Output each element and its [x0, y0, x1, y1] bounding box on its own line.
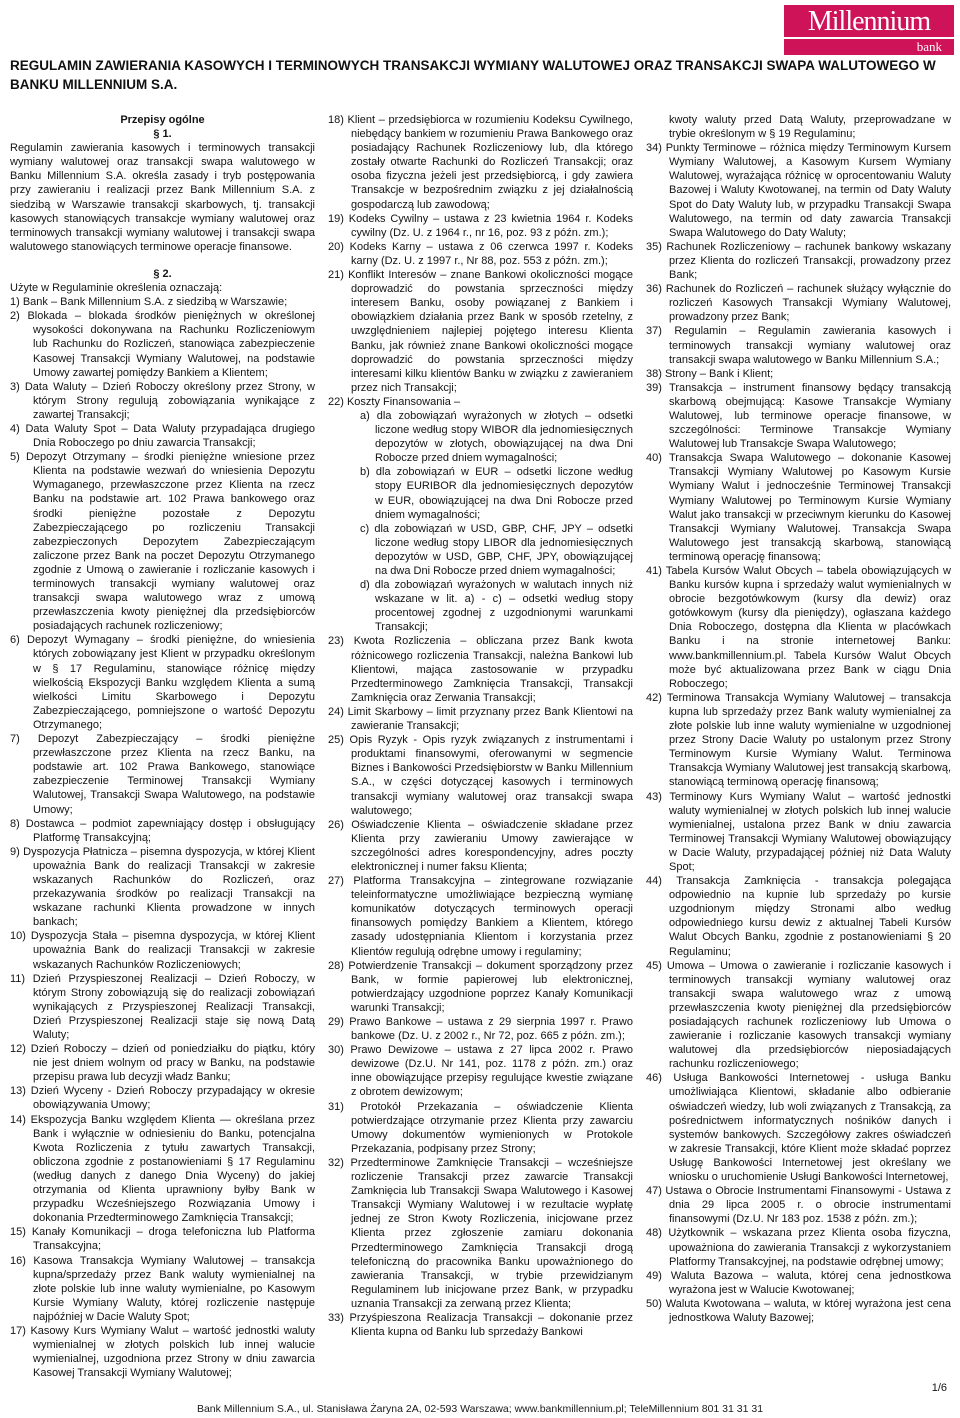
- definition-item: 47) Ustawa o Obrocie Instrumentami Finan…: [646, 1184, 951, 1226]
- definition-item: 17) Kasowy Kurs Wymiany Walut – wartość …: [10, 1324, 315, 1380]
- definitions-list-col3: 34) Punkty Terminowe – różnica między Te…: [646, 141, 951, 1325]
- definition-item: 19) Kodeks Cywilny – ustawa z 23 kwietni…: [328, 212, 633, 240]
- paragraph-2-heading: § 2.: [10, 267, 315, 281]
- definition-subitem: d) dla zobowiązań wyrażonych w walutach …: [360, 578, 633, 634]
- definition-item: 6) Depozyt Wymagany – środki pieniężne, …: [10, 633, 315, 732]
- definition-item: 9) Dyspozycja Płatnicza – pisemna dyspoz…: [10, 845, 315, 930]
- definition-item: 43) Terminowy Kurs Wymiany Walut – warto…: [646, 790, 951, 875]
- millennium-bank-logo: Millennium bank: [784, 5, 954, 55]
- document-page: Millennium bank REGULAMIN ZAWIERANIA KAS…: [0, 0, 960, 1418]
- definition-subitem: a) dla zobowiązań wyrażonych w złotych –…: [360, 409, 633, 465]
- definition-item: 48) Użytkownik – wskazana przez Klienta …: [646, 1226, 951, 1268]
- continuation-text: kwoty waluty przed Datą Waluty, przeprow…: [646, 113, 951, 141]
- logo-sub-text: bank: [784, 37, 954, 55]
- column-2: 18) Klient – przedsiębiorca w rozumieniu…: [328, 113, 633, 1339]
- column-3: kwoty waluty przed Datą Waluty, przeprow…: [646, 113, 951, 1325]
- definition-item: 7) Depozyt Zabezpieczający – środki pien…: [10, 732, 315, 817]
- definition-item: 16) Kasowa Transakcja Wymiany Walutowej …: [10, 1254, 315, 1324]
- definition-item: 49) Waluta Bazowa – waluta, której cena …: [646, 1269, 951, 1297]
- definition-item: 44) Transakcja Zamknięcia - transakcja p…: [646, 874, 951, 959]
- definition-item: 22) Koszty Finansowania –a) dla zobowiąz…: [328, 395, 633, 635]
- footer-address: Bank Millennium S.A., ul. Stanisława Żar…: [0, 1403, 960, 1415]
- definition-subitem: b) dla zobowiązań w EUR – odsetki liczon…: [360, 465, 633, 521]
- definition-item: 28) Potwierdzenie Transakcji – dokument …: [328, 959, 633, 1015]
- definition-item: 10) Dyspozycja Stała – pisemna dyspozycj…: [10, 929, 315, 971]
- definition-item: 31) Protokół Przekazania – oświadczenie …: [328, 1100, 633, 1156]
- definition-item: 40) Transakcja Swapa Walutowego – dokona…: [646, 451, 951, 564]
- definition-item: 1) Bank – Bank Millennium S.A. z siedzib…: [10, 295, 315, 309]
- definition-item: 20) Kodeks Karny – ustawa z 06 czerwca 1…: [328, 240, 633, 268]
- definition-item: 21) Konflikt Interesów – znane Bankowi o…: [328, 268, 633, 395]
- definition-item: 12) Dzień Roboczy – dzień od poniedziałk…: [10, 1042, 315, 1084]
- definition-item: 34) Punkty Terminowe – różnica między Te…: [646, 141, 951, 240]
- section-heading: Przepisy ogólne: [10, 113, 315, 127]
- paragraph-1-body: Regulamin zawierania kasowych i terminow…: [10, 141, 315, 254]
- definition-item: 38) Strony – Bank i Klient;: [646, 367, 951, 381]
- definition-item: 14) Ekspozycja Banku względem Klienta — …: [10, 1113, 315, 1226]
- definitions-list-col1: 1) Bank – Bank Millennium S.A. z siedzib…: [10, 295, 315, 1380]
- document-title: REGULAMIN ZAWIERANIA KASOWYCH I TERMINOW…: [10, 56, 954, 94]
- definition-item: 26) Oświadczenie Klienta – oświadczenie …: [328, 818, 633, 874]
- definitions-list-col2: 18) Klient – przedsiębiorca w rozumieniu…: [328, 113, 633, 1339]
- definition-item: 33) Przyśpieszona Realizacja Transakcji …: [328, 1311, 633, 1339]
- definition-item: 36) Rachunek do Rozliczeń – rachunek słu…: [646, 282, 951, 324]
- definition-item: 37) Regulamin – Regulamin zawierania kas…: [646, 324, 951, 366]
- definition-item: 45) Umowa – Umowa o zawieranie i rozlicz…: [646, 959, 951, 1072]
- definition-item: 32) Przedterminowe Zamknięcie Transakcji…: [328, 1156, 633, 1311]
- text-columns: Przepisy ogólne § 1. Regulamin zawierani…: [10, 113, 952, 1380]
- definition-item: 42) Terminowa Transakcja Wymiany Walutow…: [646, 691, 951, 790]
- definition-item: 3) Data Waluty – Dzień Roboczy określony…: [10, 380, 315, 422]
- definition-item: 24) Limit Skarbowy – limit przyznany prz…: [328, 705, 633, 733]
- definition-item: 4) Data Waluty Spot – Data Waluty przypa…: [10, 422, 315, 450]
- definition-item: 18) Klient – przedsiębiorca w rozumieniu…: [328, 113, 633, 212]
- definition-item: 2) Blokada – blokada środków pieniężnych…: [10, 309, 315, 379]
- definition-item: 50) Waluta Kwotowana – waluta, w której …: [646, 1297, 951, 1325]
- definition-item: 23) Kwota Rozliczenia – obliczana przez …: [328, 634, 633, 704]
- definition-item: 13) Dzień Wyceny - Dzień Roboczy przypad…: [10, 1084, 315, 1112]
- definition-item: 46) Usługa Bankowości Internetowej - usł…: [646, 1071, 951, 1184]
- definition-item: 39) Transakcja – instrument finansowy bę…: [646, 381, 951, 451]
- definition-item: 41) Tabela Kursów Walut Obcych – tabela …: [646, 564, 951, 691]
- definition-item: 29) Prawo Bankowe – ustawa z 29 sierpnia…: [328, 1015, 633, 1043]
- definition-item: 30) Prawo Dewizowe – ustawa z 27 lipca 2…: [328, 1043, 633, 1099]
- definition-item: 8) Dostawca – podmiot zapewniający dostę…: [10, 817, 315, 845]
- definition-item: 5) Depozyt Otrzymany – środki pieniężne …: [10, 450, 315, 633]
- definition-item: 15) Kanały Komunikacji – droga telefonic…: [10, 1225, 315, 1253]
- paragraph-1-heading: § 1.: [10, 127, 315, 141]
- definition-item: 25) Opis Ryzyk - Opis ryzyk związanych z…: [328, 733, 633, 818]
- definition-item: 35) Rachunek Rozliczeniowy – rachunek ba…: [646, 240, 951, 282]
- definition-item: 11) Dzień Przyspieszonej Realizacji – Dz…: [10, 972, 315, 1042]
- paragraph-2-intro: Użyte w Regulaminie określenia oznaczają…: [10, 281, 315, 295]
- logo-brand-text: Millennium: [784, 5, 954, 37]
- definition-subitem: c) dla zobowiązań w USD, GBP, CHF, JPY –…: [360, 522, 633, 578]
- column-1: Przepisy ogólne § 1. Regulamin zawierani…: [10, 113, 315, 1380]
- definition-item: 27) Platforma Transakcyjna – zintegrowan…: [328, 874, 633, 959]
- page-number: 1/6: [932, 1382, 947, 1394]
